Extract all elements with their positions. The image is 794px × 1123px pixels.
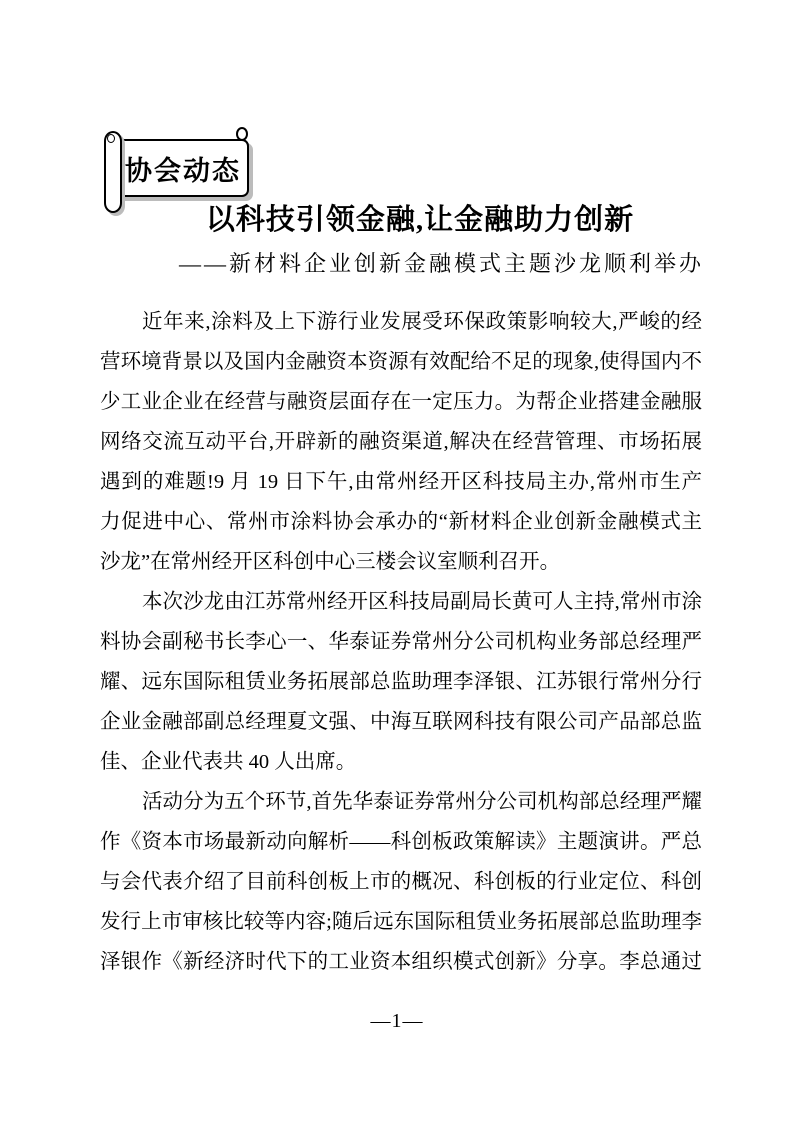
paragraph-line: 遇到的难题!9 月 19 日下午,由常州经开区科技局主办,常州市生产	[100, 462, 702, 502]
scroll-left-curl-icon	[107, 134, 115, 143]
paragraph-line: 作《资本市场最新动向解析——科创板政策解读》主题演讲。严总向	[100, 822, 702, 862]
paragraph-line: 本次沙龙由江苏常州经开区科技局副局长黄可人主持,常州市涂	[100, 582, 702, 622]
page-number: —1—	[0, 1010, 794, 1033]
paragraph-line: 泽银作《新经济时代下的工业资本组织模式创新》分享。李总通过远	[100, 942, 702, 982]
paragraph-line: 沙龙”在常州经开区科创中心三楼会议室顺利召开。	[100, 542, 702, 582]
paragraph-line: 发行上市审核比较等内容;随后远东国际租赁业务拓展部总监助理李	[100, 902, 702, 942]
article-title: 以科技引领金融,让金融助力创新	[100, 198, 740, 242]
paragraph-line: 网络交流互动平台,开辟新的融资渠道,解决在经营管理、市场拓展	[100, 422, 702, 462]
paragraph-line: 耀、远东国际租赁业务拓展部总监助理李泽银、江苏银行常州分行小	[100, 662, 702, 702]
article-body: 近年来,涂料及上下游行业发展受环保政策影响较大,严峻的经 营环境背景以及国内金融…	[100, 302, 702, 982]
paragraph-line: 料协会副秘书长李心一、华泰证券常州分公司机构业务部总经理严	[100, 622, 702, 662]
body-paragraph: 本次沙龙由江苏常州经开区科技局副局长黄可人主持,常州市涂 料协会副秘书长李心一、…	[100, 582, 702, 782]
paragraph-line: 少工业企业在经营与融资层面存在一定压力。为帮企业搭建金融服务	[100, 382, 702, 422]
paragraph-line: 活动分为五个环节,首先华泰证券常州分公司机构部总经理严耀	[100, 782, 702, 822]
document-page: 协会动态 以科技引领金融,让金融助力创新 ——新材料企业创新金融模式主题沙龙顺利…	[0, 0, 794, 1123]
article-subtitle: ——新材料企业创新金融模式主题沙龙顺利举办	[100, 246, 704, 282]
paragraph-line: 力促进中心、常州市涂料协会承办的“新材料企业创新金融模式主题	[100, 502, 702, 542]
badge-label: 协会动态	[125, 149, 241, 188]
paragraph-line: 企业金融部副总经理夏文强、中海互联网科技有限公司产品部总监黄	[100, 702, 702, 742]
paragraph-line: 近年来,涂料及上下游行业发展受环保政策影响较大,严峻的经	[100, 302, 702, 342]
body-paragraph: 活动分为五个环节,首先华泰证券常州分公司机构部总经理严耀 作《资本市场最新动向解…	[100, 782, 702, 982]
paragraph-line: 佳、企业代表共 40 人出席。	[100, 742, 702, 782]
scroll-left-roll-icon	[104, 131, 122, 213]
scroll-banner-shape: 协会动态	[117, 139, 249, 197]
body-paragraph: 近年来,涂料及上下游行业发展受环保政策影响较大,严峻的经 营环境背景以及国内金融…	[100, 302, 702, 582]
paragraph-line: 营环境背景以及国内金融资本资源有效配给不足的现象,使得国内不	[100, 342, 702, 382]
paragraph-line: 与会代表介绍了目前科创板上市的概况、科创板的行业定位、科创板	[100, 862, 702, 902]
